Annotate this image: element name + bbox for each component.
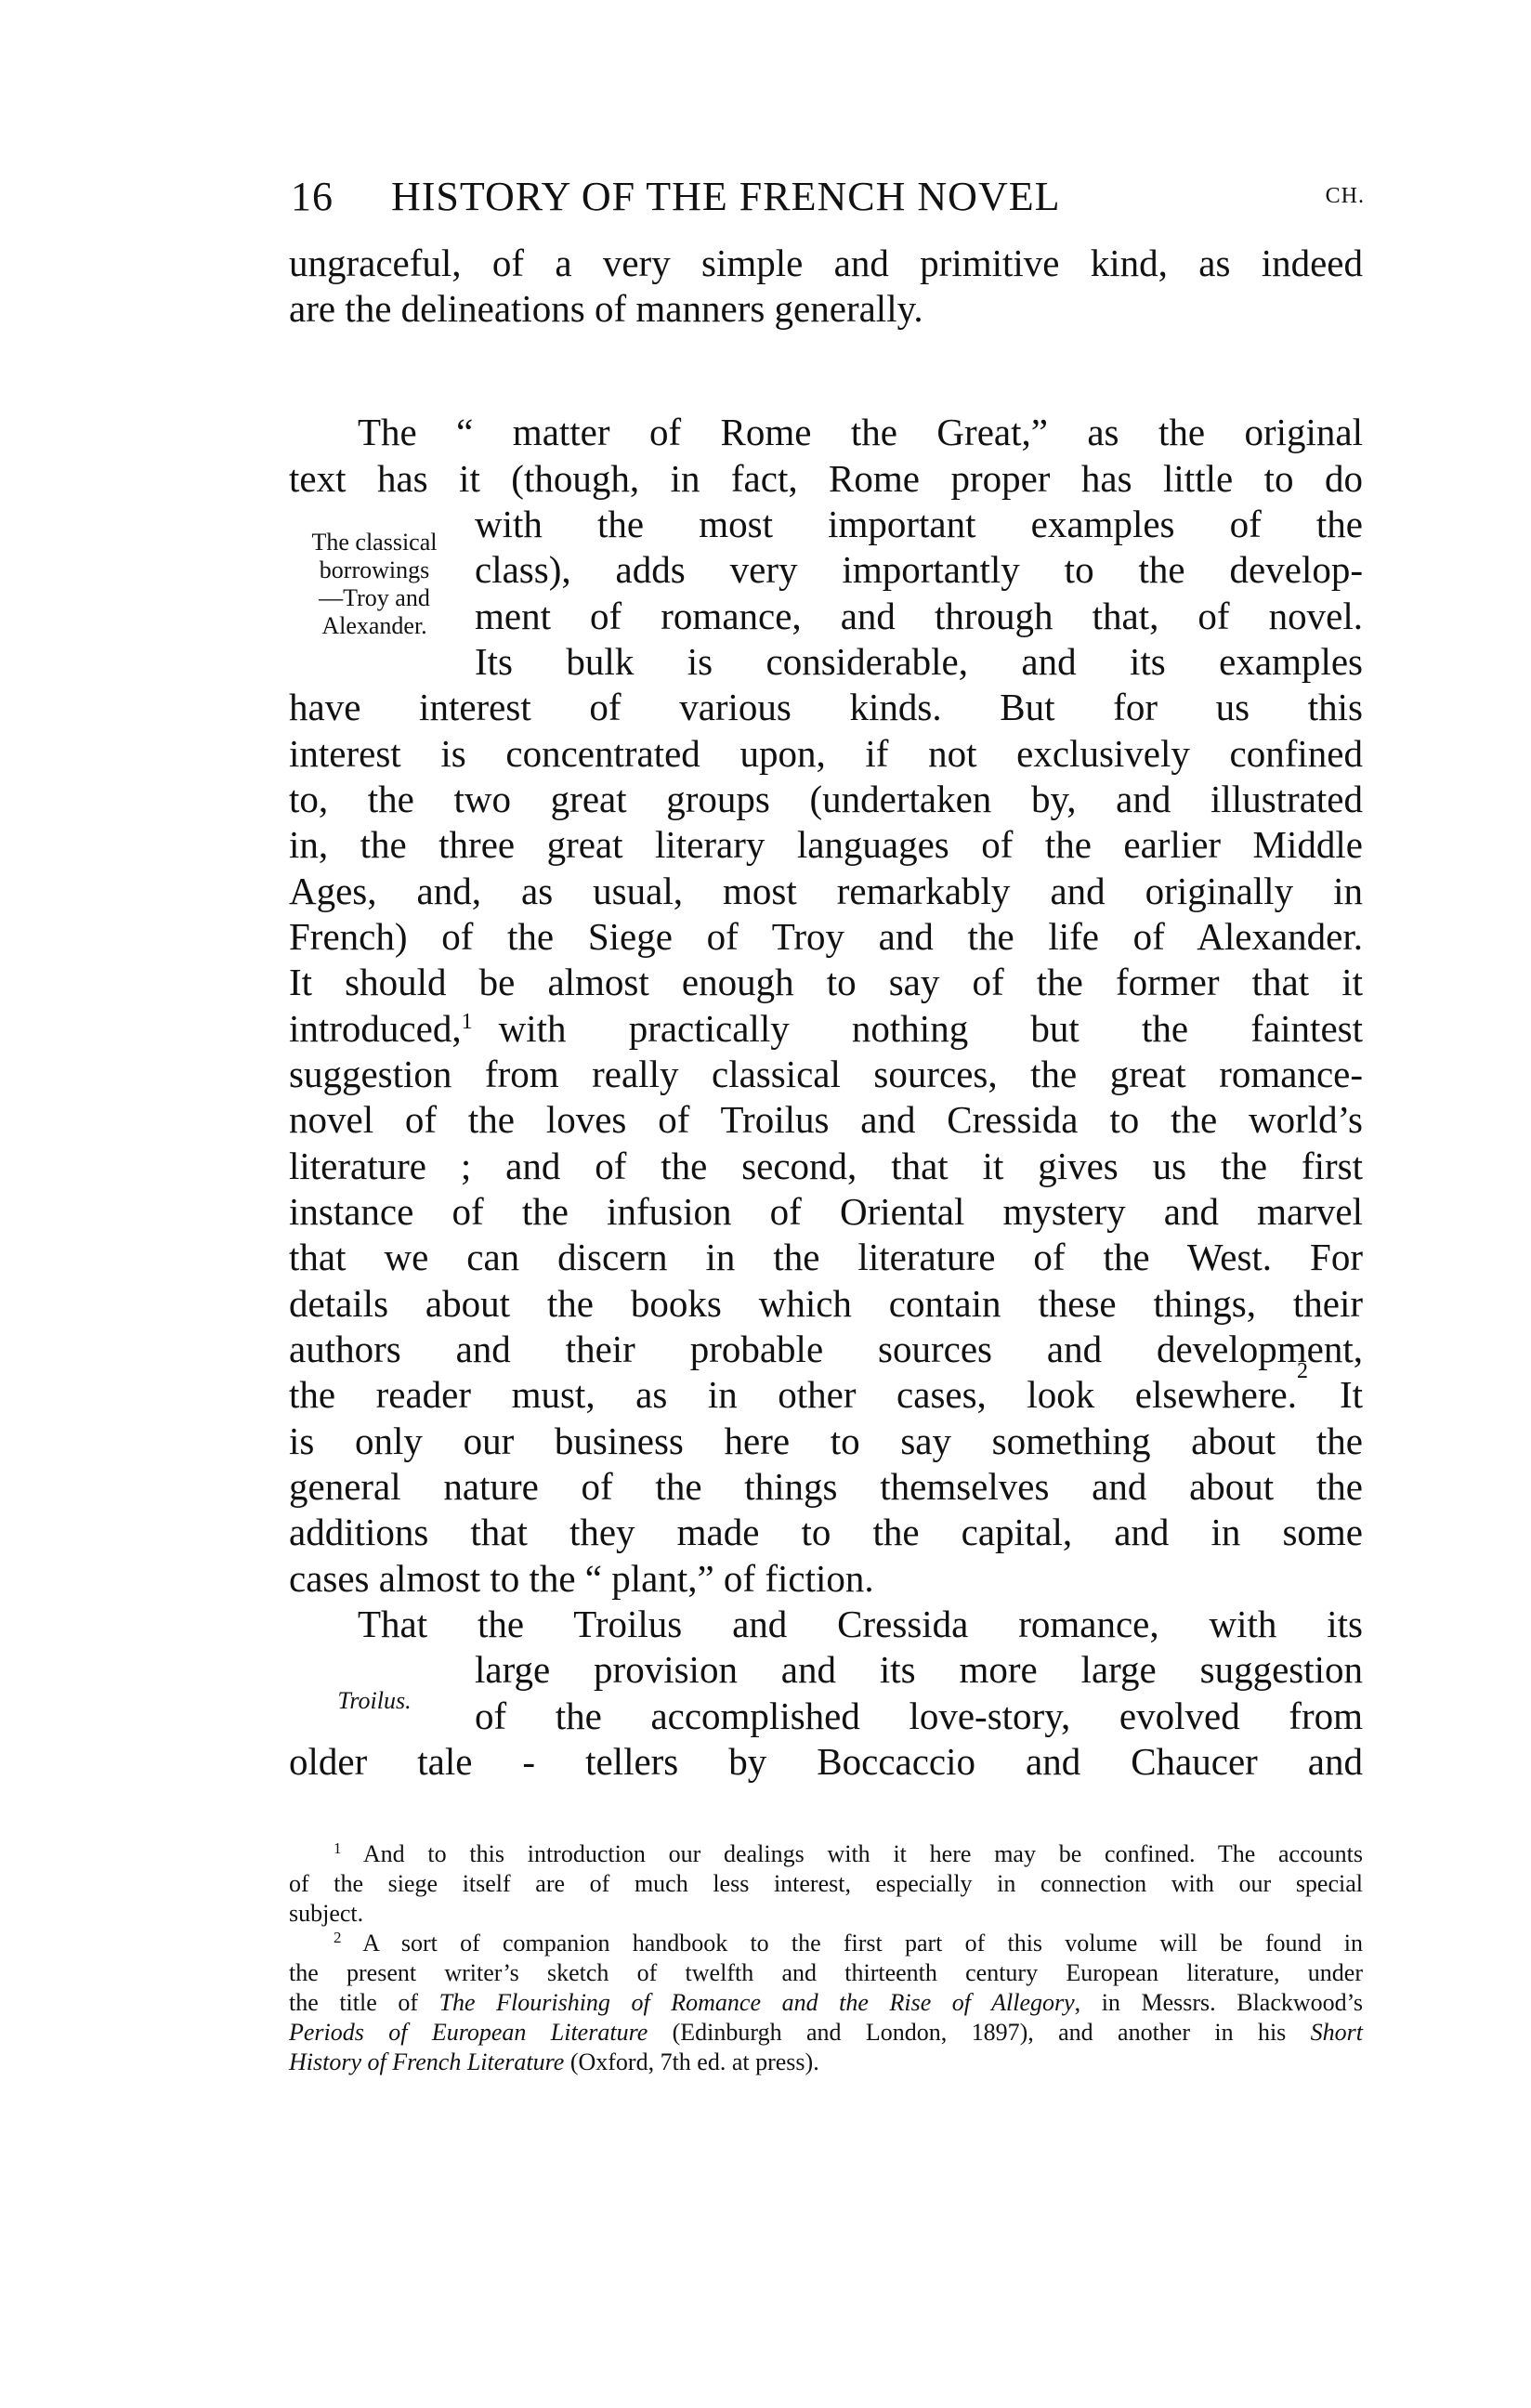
- page-number: 16: [291, 173, 334, 220]
- text-line: to, the two great groups (undertaken by,…: [289, 776, 1363, 822]
- text-line: are the delineations of manners generall…: [289, 285, 1363, 332]
- text-line: French) of the Siege of Troy and the lif…: [289, 913, 1363, 960]
- text-line: class), adds very importantly to the dev…: [475, 546, 1363, 593]
- text-line: suggestion from really classical sources…: [289, 1051, 1363, 1097]
- text-line: novel of the loves of Troilus and Cressi…: [289, 1096, 1363, 1143]
- text-line: the reader must, as in other cases, look…: [289, 1371, 1363, 1418]
- book-title: History of French Literature: [289, 2048, 564, 2075]
- margin-note-troilus: Troilus.: [279, 1687, 470, 1715]
- footnote-line: History of French Literature (Oxford, 7t…: [289, 2048, 1363, 2077]
- footnote-anchor-word: introduced,1: [289, 1005, 473, 1052]
- text-line: That the Troilus and Cressida romance, w…: [289, 1601, 1363, 1647]
- footnote-2: 2 A sort of companion handbook to the fi…: [289, 1929, 1363, 1958]
- text-line: general nature of the things themselves …: [289, 1463, 1363, 1510]
- text-line: Ages, and, as usual, most remarkably and…: [289, 868, 1363, 914]
- text-line: that we can discern in the literature of…: [289, 1234, 1363, 1280]
- footnote-1: 1 And to this introduction our dealings …: [289, 1839, 1363, 1869]
- text-line: additions that they made to the capital,…: [289, 1509, 1363, 1555]
- text-line: is only our business here to say somethi…: [289, 1418, 1363, 1464]
- book-title: Periods of European Literature: [289, 2019, 648, 2046]
- footnote-ref-2[interactable]: 2: [1297, 1371, 1308, 1418]
- text-line: interest is concentrated upon, if not ex…: [289, 730, 1363, 777]
- text-line: in, the three great literary languages o…: [289, 821, 1363, 868]
- text-line: introduced,1 with practically nothing bu…: [289, 1005, 1363, 1052]
- text-line: authors and their probable sources and d…: [289, 1326, 1363, 1372]
- text-line: with the most important examples of the: [475, 501, 1363, 547]
- running-header: 16 HISTORY OF THE FRENCH NOVEL CH.: [291, 173, 1365, 229]
- text-line: It should be almost enough to say of the…: [289, 959, 1363, 1005]
- text-line: details about the books which contain th…: [289, 1280, 1363, 1327]
- margin-note-classical-borrowings: The classical borrowings —Troy and Alexa…: [279, 529, 470, 640]
- text-line: ungraceful, of a very simple and primiti…: [289, 240, 1363, 286]
- book-title: Short: [1311, 2019, 1363, 2046]
- book-title: The Flourishing of Romance and the Rise …: [439, 1989, 1075, 2016]
- footnote-line: Periods of European Literature (Edinburg…: [289, 2018, 1363, 2048]
- footnote-line: of the siege itself are of much less int…: [289, 1869, 1363, 1899]
- text-line: of the accomplished love-story, evolved …: [475, 1693, 1363, 1739]
- text-line: Its bulk is considerable, and its exampl…: [475, 638, 1363, 685]
- footnote-ref-1[interactable]: 1: [462, 1010, 473, 1034]
- text-line: literature ; and of the second, that it …: [289, 1143, 1363, 1189]
- footnote-line: subject.: [289, 1899, 1363, 1929]
- book-page: 16 HISTORY OF THE FRENCH NOVEL CH. ungra…: [0, 0, 1531, 2408]
- text-line: large provision and its more large sugge…: [475, 1646, 1363, 1693]
- text-line: text has it (though, in fact, Rome prope…: [289, 455, 1363, 502]
- text-line: instance of the infusion of Oriental mys…: [289, 1188, 1363, 1235]
- running-title: HISTORY OF THE FRENCH NOVEL: [391, 173, 1060, 220]
- footnote-line: the title of The Flourishing of Romance …: [289, 1988, 1363, 2018]
- footnote-line: the present writer’s sketch of twelfth a…: [289, 1958, 1363, 1988]
- text-line: cases almost to the “ plant,” of fiction…: [289, 1555, 1363, 1602]
- chapter-abbrev: CH.: [1326, 184, 1365, 209]
- text-line: ment of romance, and through that, of no…: [475, 593, 1363, 639]
- text-line: have interest of various kinds. But for …: [289, 684, 1363, 730]
- text-line: The “ matter of Rome the Great,” as the …: [289, 409, 1363, 455]
- text-line: older tale - tellers by Boccaccio and Ch…: [289, 1738, 1363, 1785]
- text-segment: the reader must, as in other cases, look…: [289, 1371, 1297, 1418]
